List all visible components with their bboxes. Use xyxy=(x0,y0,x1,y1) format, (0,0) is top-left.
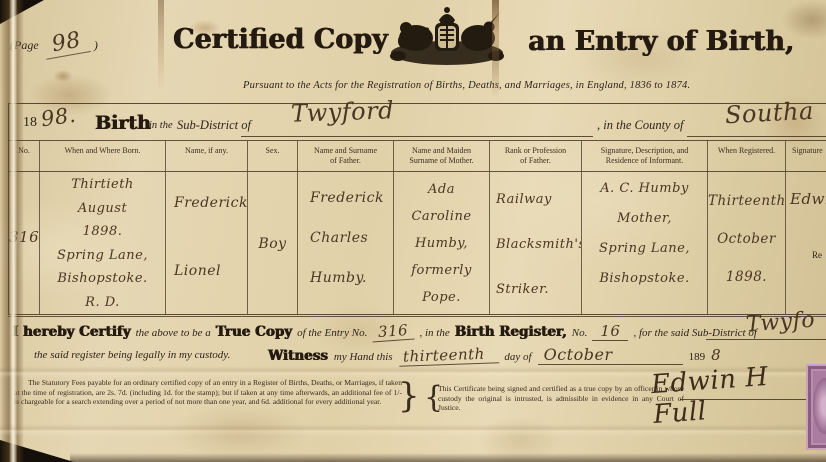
header-rank-profession: Rank or Profession of Father. xyxy=(489,141,581,171)
officer-signature-handwritten: Edwin H Full xyxy=(650,358,826,430)
sub-district-value-handwritten: Twyford xyxy=(291,96,395,128)
witness-day-handwritten: thirteenth xyxy=(398,344,498,366)
table-bottom-double-rule xyxy=(8,316,826,317)
district-row: 18 98. Birth in the Sub-District of Twyf… xyxy=(9,104,826,141)
cell-name: Frederick Lionel xyxy=(165,172,247,314)
header-informant: Signature, Description, and Residence of… xyxy=(581,141,707,171)
witness-label: Witness xyxy=(268,348,328,364)
header-no: No. xyxy=(9,141,39,171)
registrar-signature-handwritten: Edwin xyxy=(790,190,826,208)
page-label-open: (Page xyxy=(10,38,39,52)
register-no-label: No. xyxy=(572,327,588,339)
certify-text-d: , for the said Sub-District of xyxy=(633,327,756,339)
cell-father: Frederick Charles Humby. xyxy=(297,172,393,314)
cert-sub-district-handwritten: Twyfo xyxy=(745,308,816,338)
page-label-close: ) xyxy=(94,38,98,52)
header-sex: Sex. xyxy=(247,141,297,171)
header-when-where-born: When and Where Born. xyxy=(39,141,165,171)
county-label: , in the County of xyxy=(597,118,683,133)
witness-year-handwritten: 8 xyxy=(711,346,721,364)
admissible-evidence-note: This Certificate being signed and certif… xyxy=(438,384,684,413)
header-father: Name and Surname of Father. xyxy=(297,141,393,171)
registrar-label-partial: Re xyxy=(790,250,826,260)
entry-no-handwritten: 316 xyxy=(372,321,415,343)
cell-sex: Boy xyxy=(247,172,297,314)
header-signature: Signature xyxy=(785,141,826,171)
witness-line: Witness my Hand this thirteenth day of O… xyxy=(268,345,721,365)
witness-month-handwritten: October xyxy=(538,345,683,365)
certification-line-1: I hereby Certify the above to be a True … xyxy=(12,322,757,341)
day-of-label: day of xyxy=(504,351,531,363)
header-when-registered: When Registered. xyxy=(707,141,785,171)
true-copy-label: True Copy xyxy=(216,324,292,340)
year-handwritten: 98. xyxy=(39,103,77,132)
subtitle-pursuant: Pursuant to the Acts for the Registratio… xyxy=(243,80,690,91)
certify-text-c: , in the xyxy=(419,327,449,339)
register-table: 18 98. Birth in the Sub-District of Twyf… xyxy=(8,103,826,315)
county-value-handwritten: Southa xyxy=(724,97,814,130)
royal-coat-of-arms-icon xyxy=(388,6,506,68)
cell-entry-no: 316 xyxy=(9,172,39,314)
page-number-handwritten: 98 xyxy=(42,26,91,59)
cell-informant: A. C. Humby Mother, Spring Lane, Bishops… xyxy=(581,172,707,314)
sub-district-label: Sub-District of xyxy=(177,118,251,133)
table-header-row: No. When and Where Born. Name, if any. S… xyxy=(9,141,826,172)
table-entry-row: 316 Thirtieth August 1898. Spring Lane, … xyxy=(9,172,826,314)
cell-when-where-born: Thirtieth August 1898. Spring Lane, Bish… xyxy=(39,172,165,314)
cell-rank-profession: Railway Blacksmith's Striker. xyxy=(489,172,581,314)
cell-registrar-signature: Edwin Re xyxy=(785,172,826,314)
scanned-birth-certificate: (Page 98 ) Certified Copy of an Entry of… xyxy=(0,0,826,462)
cell-when-registered: Thirteenth October 1898. xyxy=(707,172,785,314)
statutory-fees-note: The Statutory Fees payable for an ordina… xyxy=(14,378,402,407)
page-number-block: (Page 98 ) xyxy=(10,30,98,56)
revenue-stamp xyxy=(806,364,826,450)
witness-year-printed: 189 xyxy=(689,351,706,363)
register-no-handwritten: 16 xyxy=(592,322,628,341)
cell-mother: Ada Caroline Humby, formerly Pope. xyxy=(393,172,489,314)
year-printed: 18 xyxy=(23,115,37,131)
certify-text-b: of the Entry No. xyxy=(297,327,367,339)
stamp-center-oval xyxy=(813,378,826,434)
witness-text: my Hand this xyxy=(334,351,393,363)
certify-label: I hereby Certify xyxy=(12,324,131,340)
title-entry-of-birth: an Entry of Birth, xyxy=(528,26,794,57)
left-note-brace: } xyxy=(398,376,420,416)
header-name-if-any: Name, if any. xyxy=(165,141,247,171)
birth-register-label: Birth Register, xyxy=(455,324,567,340)
header-mother: Name and Maiden Surname of Mother. xyxy=(393,141,489,171)
certify-text-a: the above to be a xyxy=(136,327,211,339)
in-the-label: in the xyxy=(149,120,173,131)
birth-label: Birth xyxy=(95,112,151,134)
custody-text: the said register being legally in my cu… xyxy=(34,349,230,361)
